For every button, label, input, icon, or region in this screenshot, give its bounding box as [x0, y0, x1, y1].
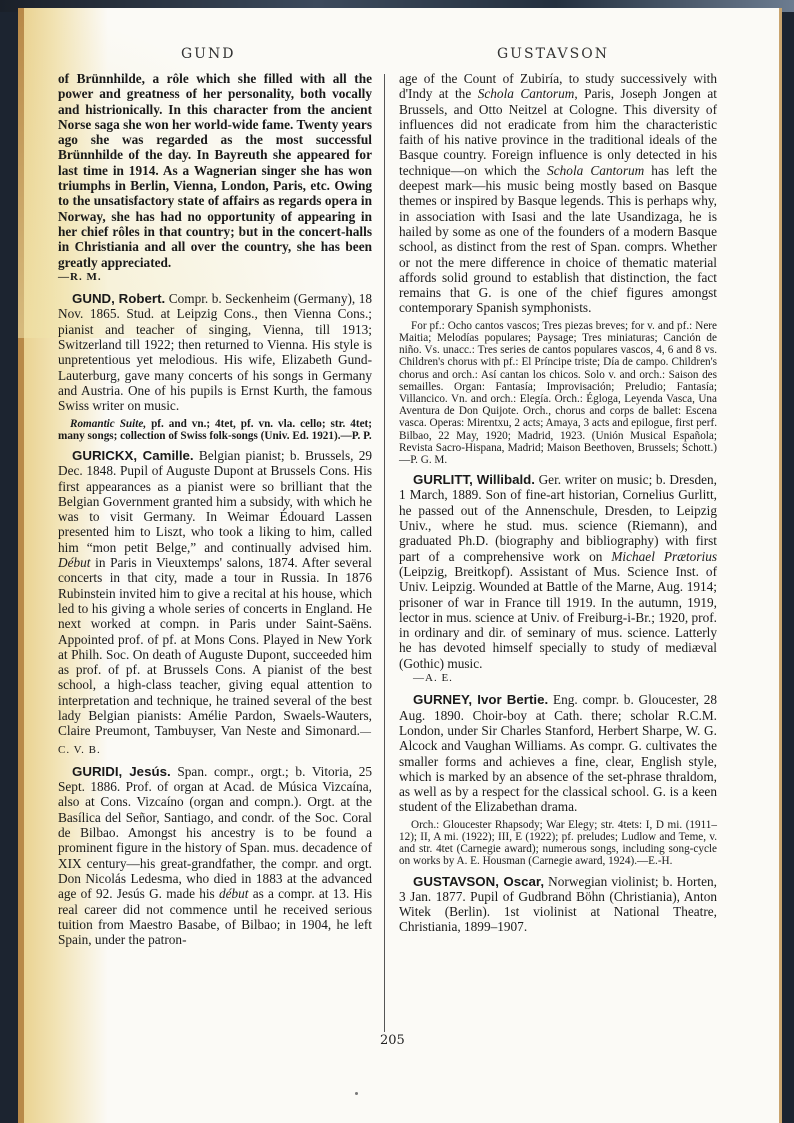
works-list: Orch.: Gloucester Rhapsody; War Elegy; s…	[399, 819, 717, 868]
entry-heading: GUSTAVSON, Oscar,	[413, 874, 544, 889]
continuation-text: has left the deepest mark—his music bein…	[399, 163, 717, 316]
signature: —R. M.	[58, 270, 372, 285]
entry-guridi: GURIDI, Jesús. Span. compr., orgt.; b. V…	[58, 764, 372, 948]
entry-heading: GURLITT, Willibald.	[413, 472, 535, 487]
works-list: For pf.: Ocho cantos vascos; Tres piezas…	[399, 320, 717, 466]
continuation-paragraph: of Brünnhilde, a rôle which she filled w…	[58, 71, 372, 285]
entry-heading: GURIDI, Jesús.	[72, 764, 171, 779]
italic-term: Michael Prætorius	[611, 549, 717, 564]
entry-gund: GUND, Robert. Compr. b. Seckenheim (Germ…	[58, 291, 372, 413]
entry-heading: GURNEY, Ivor Bertie.	[413, 692, 548, 707]
signature: —A. E.	[399, 671, 717, 686]
entry-body: Belgian pianist; b. Brussels, 29 Dec. 18…	[58, 448, 372, 555]
italic-term: début	[219, 886, 249, 901]
work-title: Romantic Suite,	[70, 418, 146, 430]
guridi-continuation: age of the Count of Zubiría, to study su…	[399, 71, 717, 316]
column-rule	[384, 74, 385, 1032]
works-list: Romantic Suite, pf. and vn.; 4tet, pf. v…	[58, 418, 372, 442]
entry-body-cont: (Leipzig, Breitkopf). Assistant of Mus. …	[399, 564, 717, 671]
entry-body: Eng. compr. b. Gloucester, 28 Aug. 1890.…	[399, 692, 717, 814]
running-head-right: GUSTAVSON	[497, 46, 609, 62]
entry-gurickx: GURICKX, Camille. Belgian pianist; b. Br…	[58, 448, 372, 758]
entry-heading: GURICKX, Camille.	[72, 448, 194, 463]
entry-body-cont: in Paris in Vieuxtemps' salons, 1874. Af…	[58, 555, 372, 738]
entry-gustavson: GUSTAVSON, Oscar, Norwegian violinist; b…	[399, 874, 717, 935]
continuation-text: of Brünnhilde, a rôle which she filled w…	[58, 71, 372, 270]
running-head-left: GUND	[181, 46, 235, 62]
entry-heading: GUND, Robert.	[72, 291, 165, 306]
right-column: age of the Count of Zubiría, to study su…	[399, 71, 717, 935]
paper-speck	[355, 1092, 358, 1095]
italic-term: Début	[58, 555, 91, 570]
italic-term: Schola Cantorum	[547, 163, 644, 178]
page-edge	[18, 8, 24, 1123]
entry-gurlitt: GURLITT, Willibald. Ger. writer on music…	[399, 472, 717, 686]
entry-body: Compr. b. Seckenheim (Germany), 18 Nov. …	[58, 291, 372, 413]
entry-gurney: GURNEY, Ivor Bertie. Eng. compr. b. Glou…	[399, 692, 717, 814]
page-number: 205	[380, 1033, 405, 1048]
italic-term: Schola Cantorum	[478, 86, 575, 101]
left-column: of Brünnhilde, a rôle which she filled w…	[58, 71, 372, 947]
entry-body: Span. compr., orgt.; b. Vitoria, 25 Sept…	[58, 764, 372, 901]
